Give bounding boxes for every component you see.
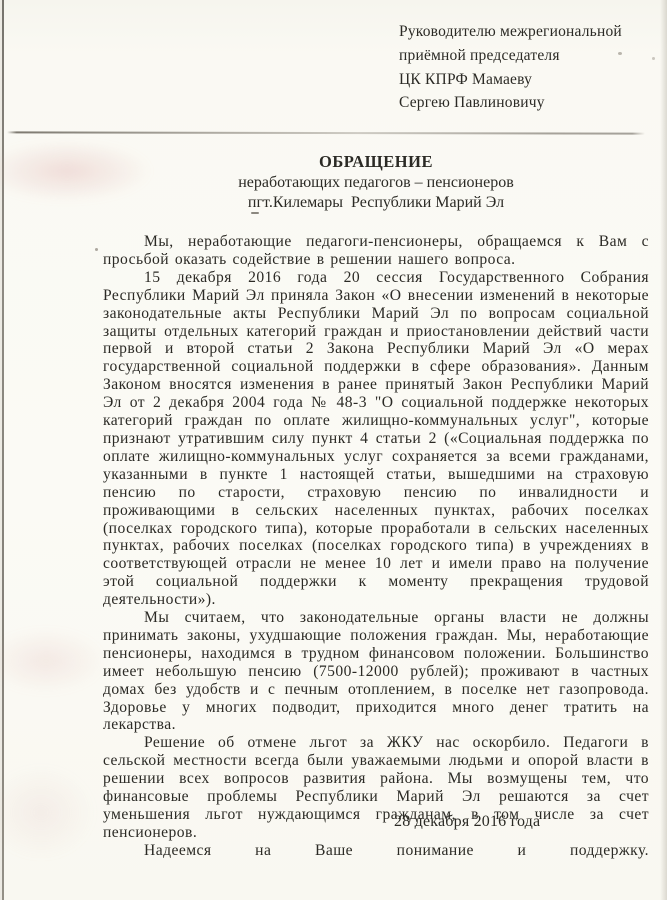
recipient-line: приёмной председателя (399, 44, 649, 68)
scan-crease-line (7, 131, 645, 134)
scan-pink-smudge (0, 628, 106, 694)
scan-left-edge-line (2, 0, 4, 900)
paragraph-intro: Мы, неработающие педагоги-пенсионеры, об… (103, 233, 649, 269)
letter-body: Мы, неработающие педагоги-пенсионеры, об… (103, 233, 649, 860)
scan-speck (652, 57, 655, 60)
recipient-line: ЦК КПРФ Мамаеву (399, 68, 649, 92)
scan-pink-smudge (0, 765, 96, 860)
document-subtitle-line1: неработающих педагогов – пенсионеров (103, 173, 649, 193)
recipient-line: Руководителю межрегиональной (399, 20, 649, 44)
document-heading: ОБРАЩЕНИЕ неработающих педагогов – пенси… (103, 151, 649, 213)
paragraph-indignation: Решение об отмене льгот за ЖКУ нас оскор… (103, 734, 649, 841)
paragraph-law-details: 15 декабря 2016 года 20 сессия Государст… (103, 269, 649, 609)
recipient-line: Сергею Павлиновичу (399, 91, 649, 115)
scanned-letter-page: Руководителю межрегиональной приёмной пр… (0, 0, 667, 900)
closing-line: Надеемся на Ваше понимание и поддержку. (103, 842, 649, 860)
letter-date: 28 декабря 2016 года (394, 812, 540, 832)
document-subtitle-line2: пгт.Килемары Республики Марий Эл (103, 193, 649, 213)
paragraph-opinion: Мы считаем, что законодательные органы в… (103, 609, 649, 734)
scan-right-edge-shadow (660, 0, 667, 900)
recipient-block: Руководителю межрегиональной приёмной пр… (399, 20, 649, 115)
document-title: ОБРАЩЕНИЕ (103, 151, 649, 173)
scan-stray-dot (95, 248, 98, 251)
